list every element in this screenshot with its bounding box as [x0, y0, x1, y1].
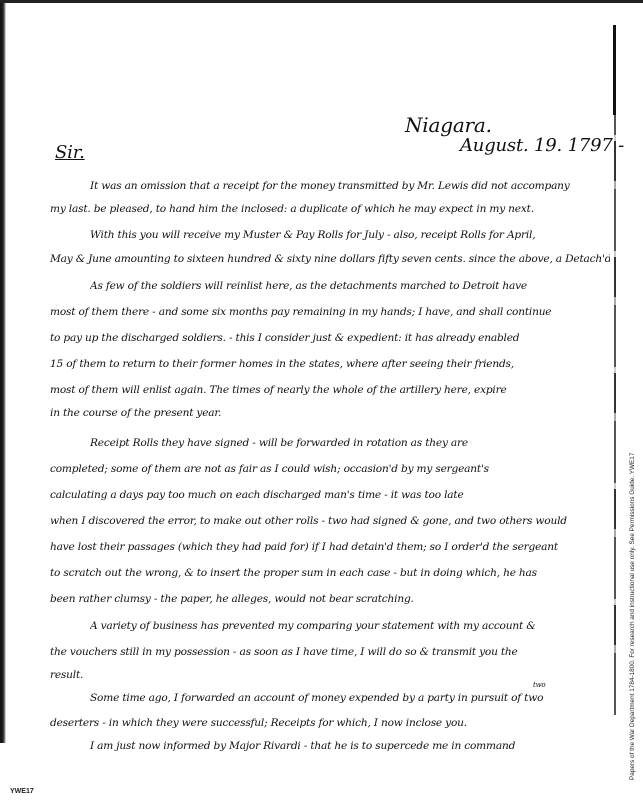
scan-top-edge [0, 0, 643, 3]
letter-line: May & June amounting to sixteen hundred … [50, 253, 610, 265]
letter-line: I am just now informed by Major Rivardi … [90, 740, 610, 752]
letter-line: As few of the soldiers will reinlist her… [90, 280, 610, 292]
letter-line: in the course of the present year. [50, 407, 610, 419]
letter-line: my last. be pleased, to hand him the inc… [50, 203, 610, 215]
letter-line: to scratch out the wrong, & to insert th… [50, 567, 610, 579]
letter-line: when I discovered the error, to make out… [50, 515, 610, 527]
archive-side-note-text: Papers of the War Department 1784-1800. … [629, 453, 636, 780]
letter-line: been rather clumsy - the paper, he alleg… [50, 593, 610, 605]
letter-line: deserters - in which they were successfu… [50, 717, 610, 729]
interlinear-insertion: two [533, 681, 545, 689]
margin-rule-heavy [613, 25, 616, 115]
letter-date: August. 19. 1797 - [460, 135, 624, 156]
document-code: YWE17 [10, 788, 34, 795]
archive-side-note: Papers of the War Department 1784-1800. … [618, 480, 632, 780]
letter-line: With this you will receive my Muster & P… [90, 229, 610, 241]
scan-left-edge [0, 3, 6, 743]
margin-rule [614, 25, 616, 715]
letter-line: Receipt Rolls they have signed - will be… [90, 437, 610, 449]
letter-line: A variety of business has prevented my c… [90, 620, 610, 632]
letter-salutation: Sir. [55, 142, 85, 163]
letter-line: Some time ago, I forwarded an account of… [90, 692, 610, 704]
letter-line: to pay up the discharged soldiers. - thi… [50, 332, 610, 344]
letter-line: most of them there - and some six months… [50, 306, 610, 318]
letter-line: completed; some of them are not as fair … [50, 463, 610, 475]
letter-line: It was an omission that a receipt for th… [90, 180, 610, 192]
letter-line: result. [50, 669, 610, 681]
letter-place: Niagara. [405, 113, 492, 137]
letter-line: calculating a days pay too much on each … [50, 489, 610, 501]
manuscript-page: Niagara. August. 19. 1797 - Sir. It was … [0, 0, 643, 800]
letter-line: the vouchers still in my possession - as… [50, 646, 610, 658]
letter-line: most of them will enlist again. The time… [50, 384, 610, 396]
letter-line: 15 of them to return to their former hom… [50, 358, 610, 370]
letter-line: have lost their passages (which they had… [50, 541, 610, 553]
